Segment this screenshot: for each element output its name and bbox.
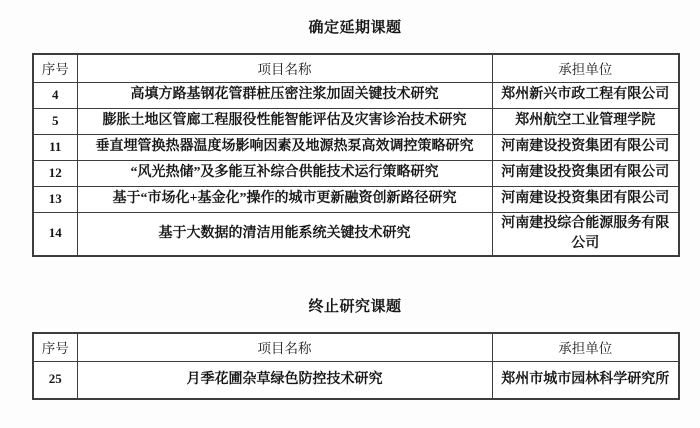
project-name-cell: “风光热储”及多能互补综合供能技术运行策略研究 [77, 160, 492, 186]
undertaking-unit-cell: 郑州市城市园林科学研究所 [492, 361, 679, 399]
serial-number-cell: 4 [33, 82, 77, 108]
project-name-cell: 月季花圃杂草绿色防控技术研究 [77, 361, 492, 399]
project-name-cell: 基于大数据的清洁用能系统关键技术研究 [77, 212, 492, 256]
serial-number-cell: 13 [33, 186, 77, 212]
header-undertaking-unit: 承担单位 [492, 54, 679, 82]
postponed-projects-table: 序号 项目名称 承担单位 4高填方路基钢花管群桩压密注浆加固关键技术研究郑州新兴… [32, 53, 680, 257]
section-title-postponed: 确定延期课题 [32, 20, 678, 37]
undertaking-unit-cell: 河南建设投资集团有限公司 [492, 134, 679, 160]
undertaking-unit-cell: 河南建设投资集团有限公司 [492, 186, 679, 212]
header-serial-number: 序号 [33, 54, 77, 82]
document-page: 确定延期课题 序号 项目名称 承担单位 4高填方路基钢花管群桩压密注浆加固关键技… [0, 0, 700, 400]
undertaking-unit-cell: 河南建设投资集团有限公司 [492, 160, 679, 186]
table-header-row: 序号 项目名称 承担单位 [33, 54, 679, 82]
project-name-cell: 高填方路基钢花管群桩压密注浆加固关键技术研究 [77, 82, 492, 108]
undertaking-unit-cell: 郑州航空工业管理学院 [492, 108, 679, 134]
table-row: 4高填方路基钢花管群桩压密注浆加固关键技术研究郑州新兴市政工程有限公司 [33, 82, 679, 108]
header-serial-number: 序号 [33, 333, 77, 361]
terminated-table-body: 25月季花圃杂草绿色防控技术研究郑州市城市园林科学研究所 [33, 361, 679, 399]
table-row: 12“风光热储”及多能互补综合供能技术运行策略研究河南建设投资集团有限公司 [33, 160, 679, 186]
serial-number-cell: 12 [33, 160, 77, 186]
header-project-name: 项目名称 [77, 333, 492, 361]
table-row: 5膨胀土地区管廊工程服役性能智能评估及灾害诊治技术研究郑州航空工业管理学院 [33, 108, 679, 134]
header-undertaking-unit: 承担单位 [492, 333, 679, 361]
undertaking-unit-cell: 郑州新兴市政工程有限公司 [492, 82, 679, 108]
section-title-terminated: 终止研究课题 [32, 299, 678, 316]
table-row: 13基于“市场化+基金化”操作的城市更新融资创新路径研究河南建设投资集团有限公司 [33, 186, 679, 212]
terminated-projects-table: 序号 项目名称 承担单位 25月季花圃杂草绿色防控技术研究郑州市城市园林科学研究… [32, 332, 680, 400]
terminated-projects-section: 终止研究课题 序号 项目名称 承担单位 25月季花圃杂草绿色防控技术研究郑州市城… [32, 299, 678, 400]
postponed-table-body: 4高填方路基钢花管群桩压密注浆加固关键技术研究郑州新兴市政工程有限公司5膨胀土地… [33, 82, 679, 256]
serial-number-cell: 11 [33, 134, 77, 160]
header-project-name: 项目名称 [77, 54, 492, 82]
undertaking-unit-cell: 河南建投综合能源服务有限公司 [492, 212, 679, 256]
table-header-row: 序号 项目名称 承担单位 [33, 333, 679, 361]
table-row: 14基于大数据的清洁用能系统关键技术研究河南建投综合能源服务有限公司 [33, 212, 679, 256]
table-row: 25月季花圃杂草绿色防控技术研究郑州市城市园林科学研究所 [33, 361, 679, 399]
serial-number-cell: 5 [33, 108, 77, 134]
project-name-cell: 垂直埋管换热器温度场影响因素及地源热泵高效调控策略研究 [77, 134, 492, 160]
project-name-cell: 膨胀土地区管廊工程服役性能智能评估及灾害诊治技术研究 [77, 108, 492, 134]
table-row: 11垂直埋管换热器温度场影响因素及地源热泵高效调控策略研究河南建设投资集团有限公… [33, 134, 679, 160]
postponed-projects-section: 确定延期课题 序号 项目名称 承担单位 4高填方路基钢花管群桩压密注浆加固关键技… [32, 20, 678, 257]
serial-number-cell: 14 [33, 212, 77, 256]
project-name-cell: 基于“市场化+基金化”操作的城市更新融资创新路径研究 [77, 186, 492, 212]
serial-number-cell: 25 [33, 361, 77, 399]
